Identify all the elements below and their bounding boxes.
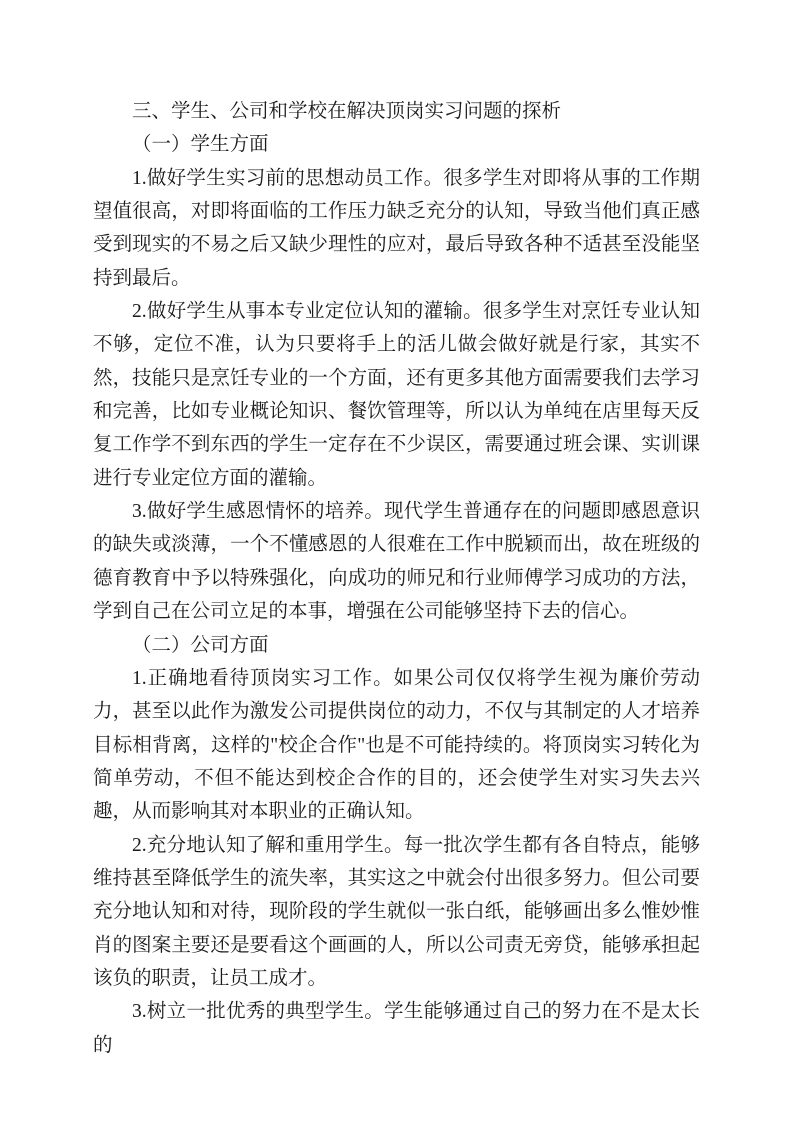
subsection-heading: （一）学生方面	[93, 128, 700, 161]
subsection-heading: （二）公司方面	[93, 629, 700, 662]
paragraph: 2.做好学生从事本专业定位认知的灌输。很多学生对烹饪专业认知不够，定位不准，认为…	[93, 295, 700, 495]
document-page: 三、学生、公司和学校在解决顶岗实习问题的探析（一）学生方面1.做好学生实习前的思…	[0, 0, 793, 1122]
paragraph: 1.正确地看待顶岗实习工作。如果公司仅仅将学生视为廉价劳动力，甚至以此作为激发公…	[93, 662, 700, 829]
paragraph: 3.树立一批优秀的典型学生。学生能够通过自己的努力在不是太长的	[93, 995, 700, 1062]
paragraph: 3.做好学生感恩情怀的培养。现代学生普通存在的问题即感恩意识的缺失或淡薄，一个不…	[93, 495, 700, 628]
document-body: 三、学生、公司和学校在解决顶岗实习问题的探析（一）学生方面1.做好学生实习前的思…	[93, 95, 700, 1062]
paragraph: 1.做好学生实习前的思想动员工作。很多学生对即将从事的工作期望值很高，对即将面临…	[93, 162, 700, 295]
section-heading: 三、学生、公司和学校在解决顶岗实习问题的探析	[93, 95, 700, 128]
paragraph: 2.充分地认知了解和重用学生。每一批次学生都有各自特点，能够维持甚至降低学生的流…	[93, 829, 700, 996]
